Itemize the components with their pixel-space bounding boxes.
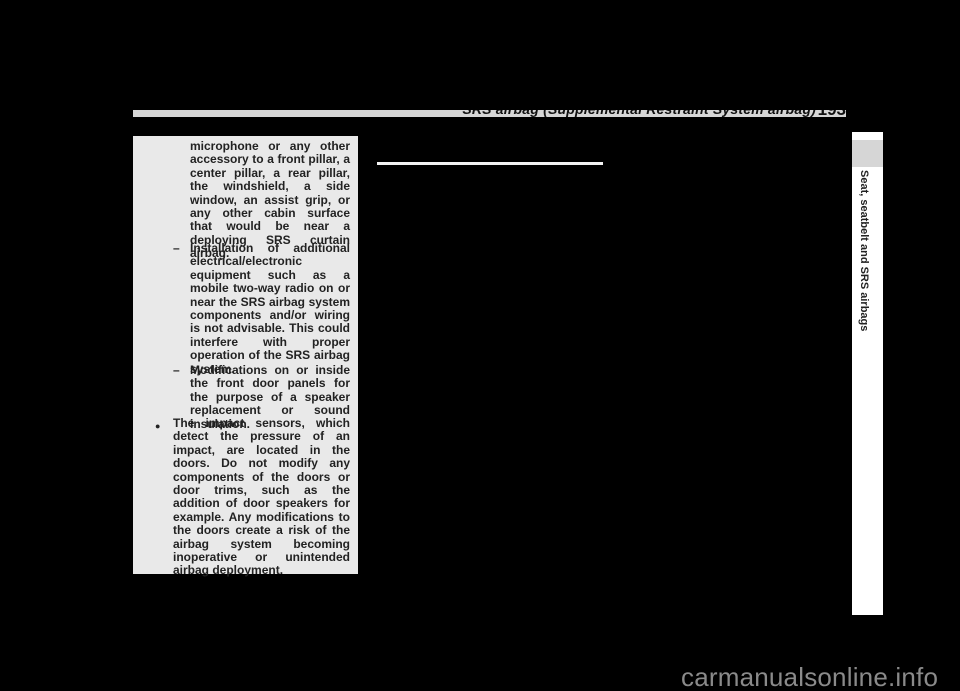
section-title: SRS airbag (Supplemental Restraint Syste…	[462, 110, 816, 117]
chapter-side-tab: Seat, seatbelt and SRS airbags	[852, 132, 883, 615]
bullet-icon: ●	[155, 420, 160, 433]
dash-marker: –	[173, 364, 180, 377]
section-divider	[377, 162, 603, 165]
page-number: 193	[818, 110, 846, 117]
dash-marker: –	[173, 242, 180, 255]
warning-box: microphone or any other accessory to a f…	[133, 136, 358, 574]
header-bar: SRS airbag (Supplemental Restraint Syste…	[133, 110, 846, 117]
side-tab-marker	[852, 140, 883, 167]
side-tab-label: Seat, seatbelt and SRS airbags	[858, 170, 870, 331]
bullet-item-text: The impact sensors, which detect the pre…	[173, 417, 350, 578]
watermark: carmanualsonline.info	[681, 662, 938, 691]
dash-item-text: Installation of additional electrical/el…	[190, 242, 350, 376]
